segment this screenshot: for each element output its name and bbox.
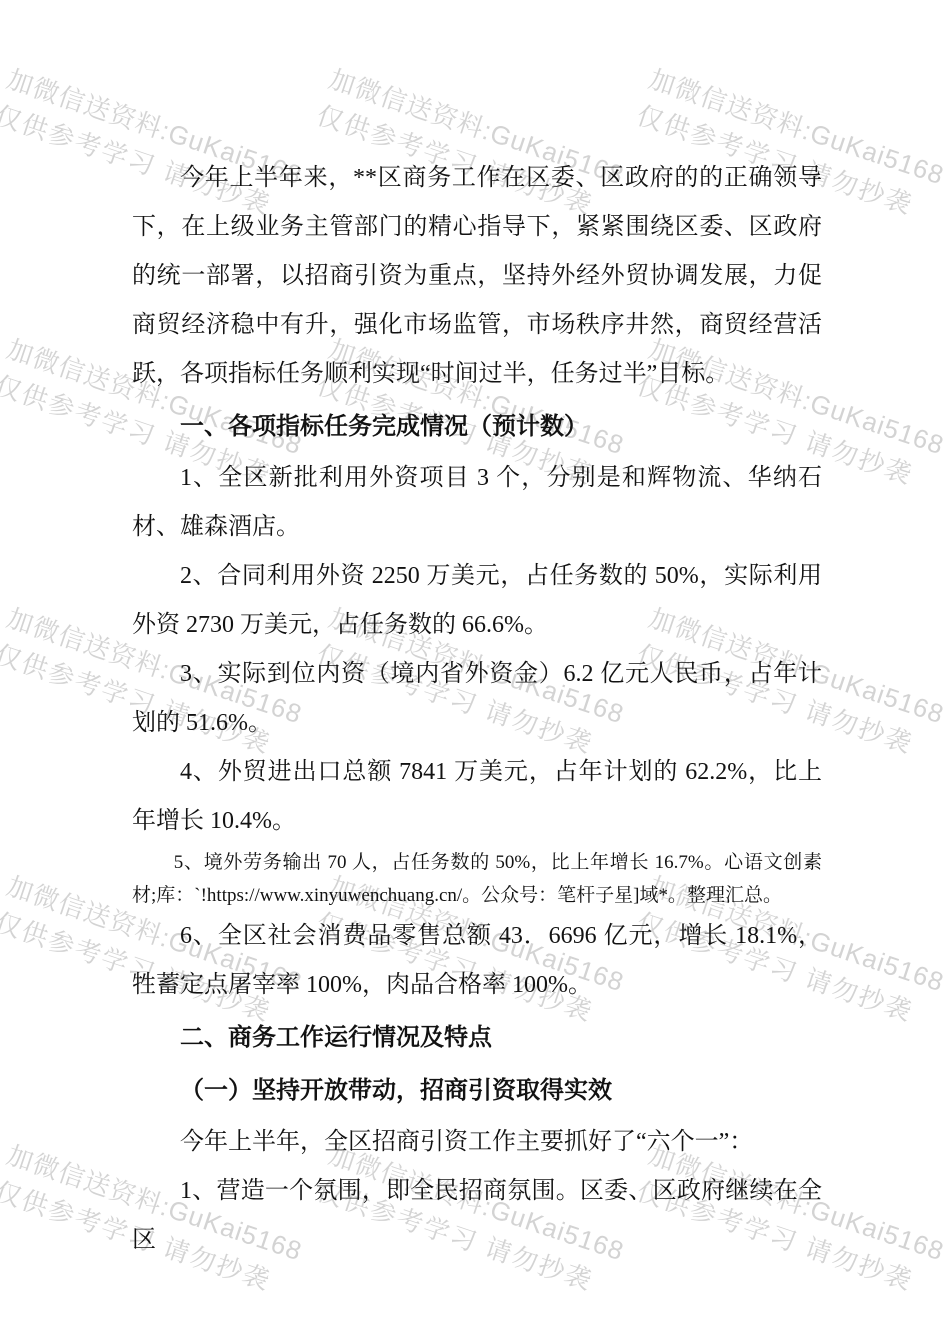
- section-heading: 一、各项指标任务完成情况（预计数）: [132, 403, 822, 452]
- body-paragraph: 今年上半年来，**区商务工作在区委、区政府的的正确领导下，在上级业务主管部门的精…: [132, 154, 822, 399]
- body-paragraph: 4、外贸进出口总额 7841 万美元，占年计划的 62.2%，比上年增长 10.…: [132, 748, 822, 846]
- body-paragraph: 3、实际到位内资（境内省外资金）6.2 亿元人民币，占年计划的 51.6%。: [132, 650, 822, 748]
- body-paragraph: 今年上半年，全区招商引资工作主要抓好了“六个一”：: [132, 1118, 822, 1167]
- body-paragraph: 6、全区社会消费品零售总额 43．6696 亿元，增长 18.1%，牲蓄定点屠宰…: [132, 912, 822, 1010]
- section-heading: 二、商务工作运行情况及特点: [132, 1014, 822, 1063]
- section-heading: （一）坚持开放带动，招商引资取得实效: [132, 1067, 822, 1116]
- body-paragraph: 1、营造一个氛围，即全民招商氛围。区委、区政府继续在全区: [132, 1167, 822, 1265]
- document-page: 加微信送资料:GuKai5168仅供参考学习 请勿抄袭加微信送资料:GuKai5…: [0, 0, 950, 1344]
- body-paragraph: 1、全区新批利用外资项目 3 个，分别是和辉物流、华纳石材、雄森酒店。: [132, 454, 822, 552]
- document-body: 今年上半年来，**区商务工作在区委、区政府的的正确领导下，在上级业务主管部门的精…: [132, 154, 822, 1265]
- fine-print-paragraph: 5、境外劳务输出 70 人，占任务数的 50%，比上年增长 16.7%。心语文创…: [132, 846, 822, 912]
- body-paragraph: 2、合同利用外资 2250 万美元，占任务数的 50%，实际利用外资 2730 …: [132, 552, 822, 650]
